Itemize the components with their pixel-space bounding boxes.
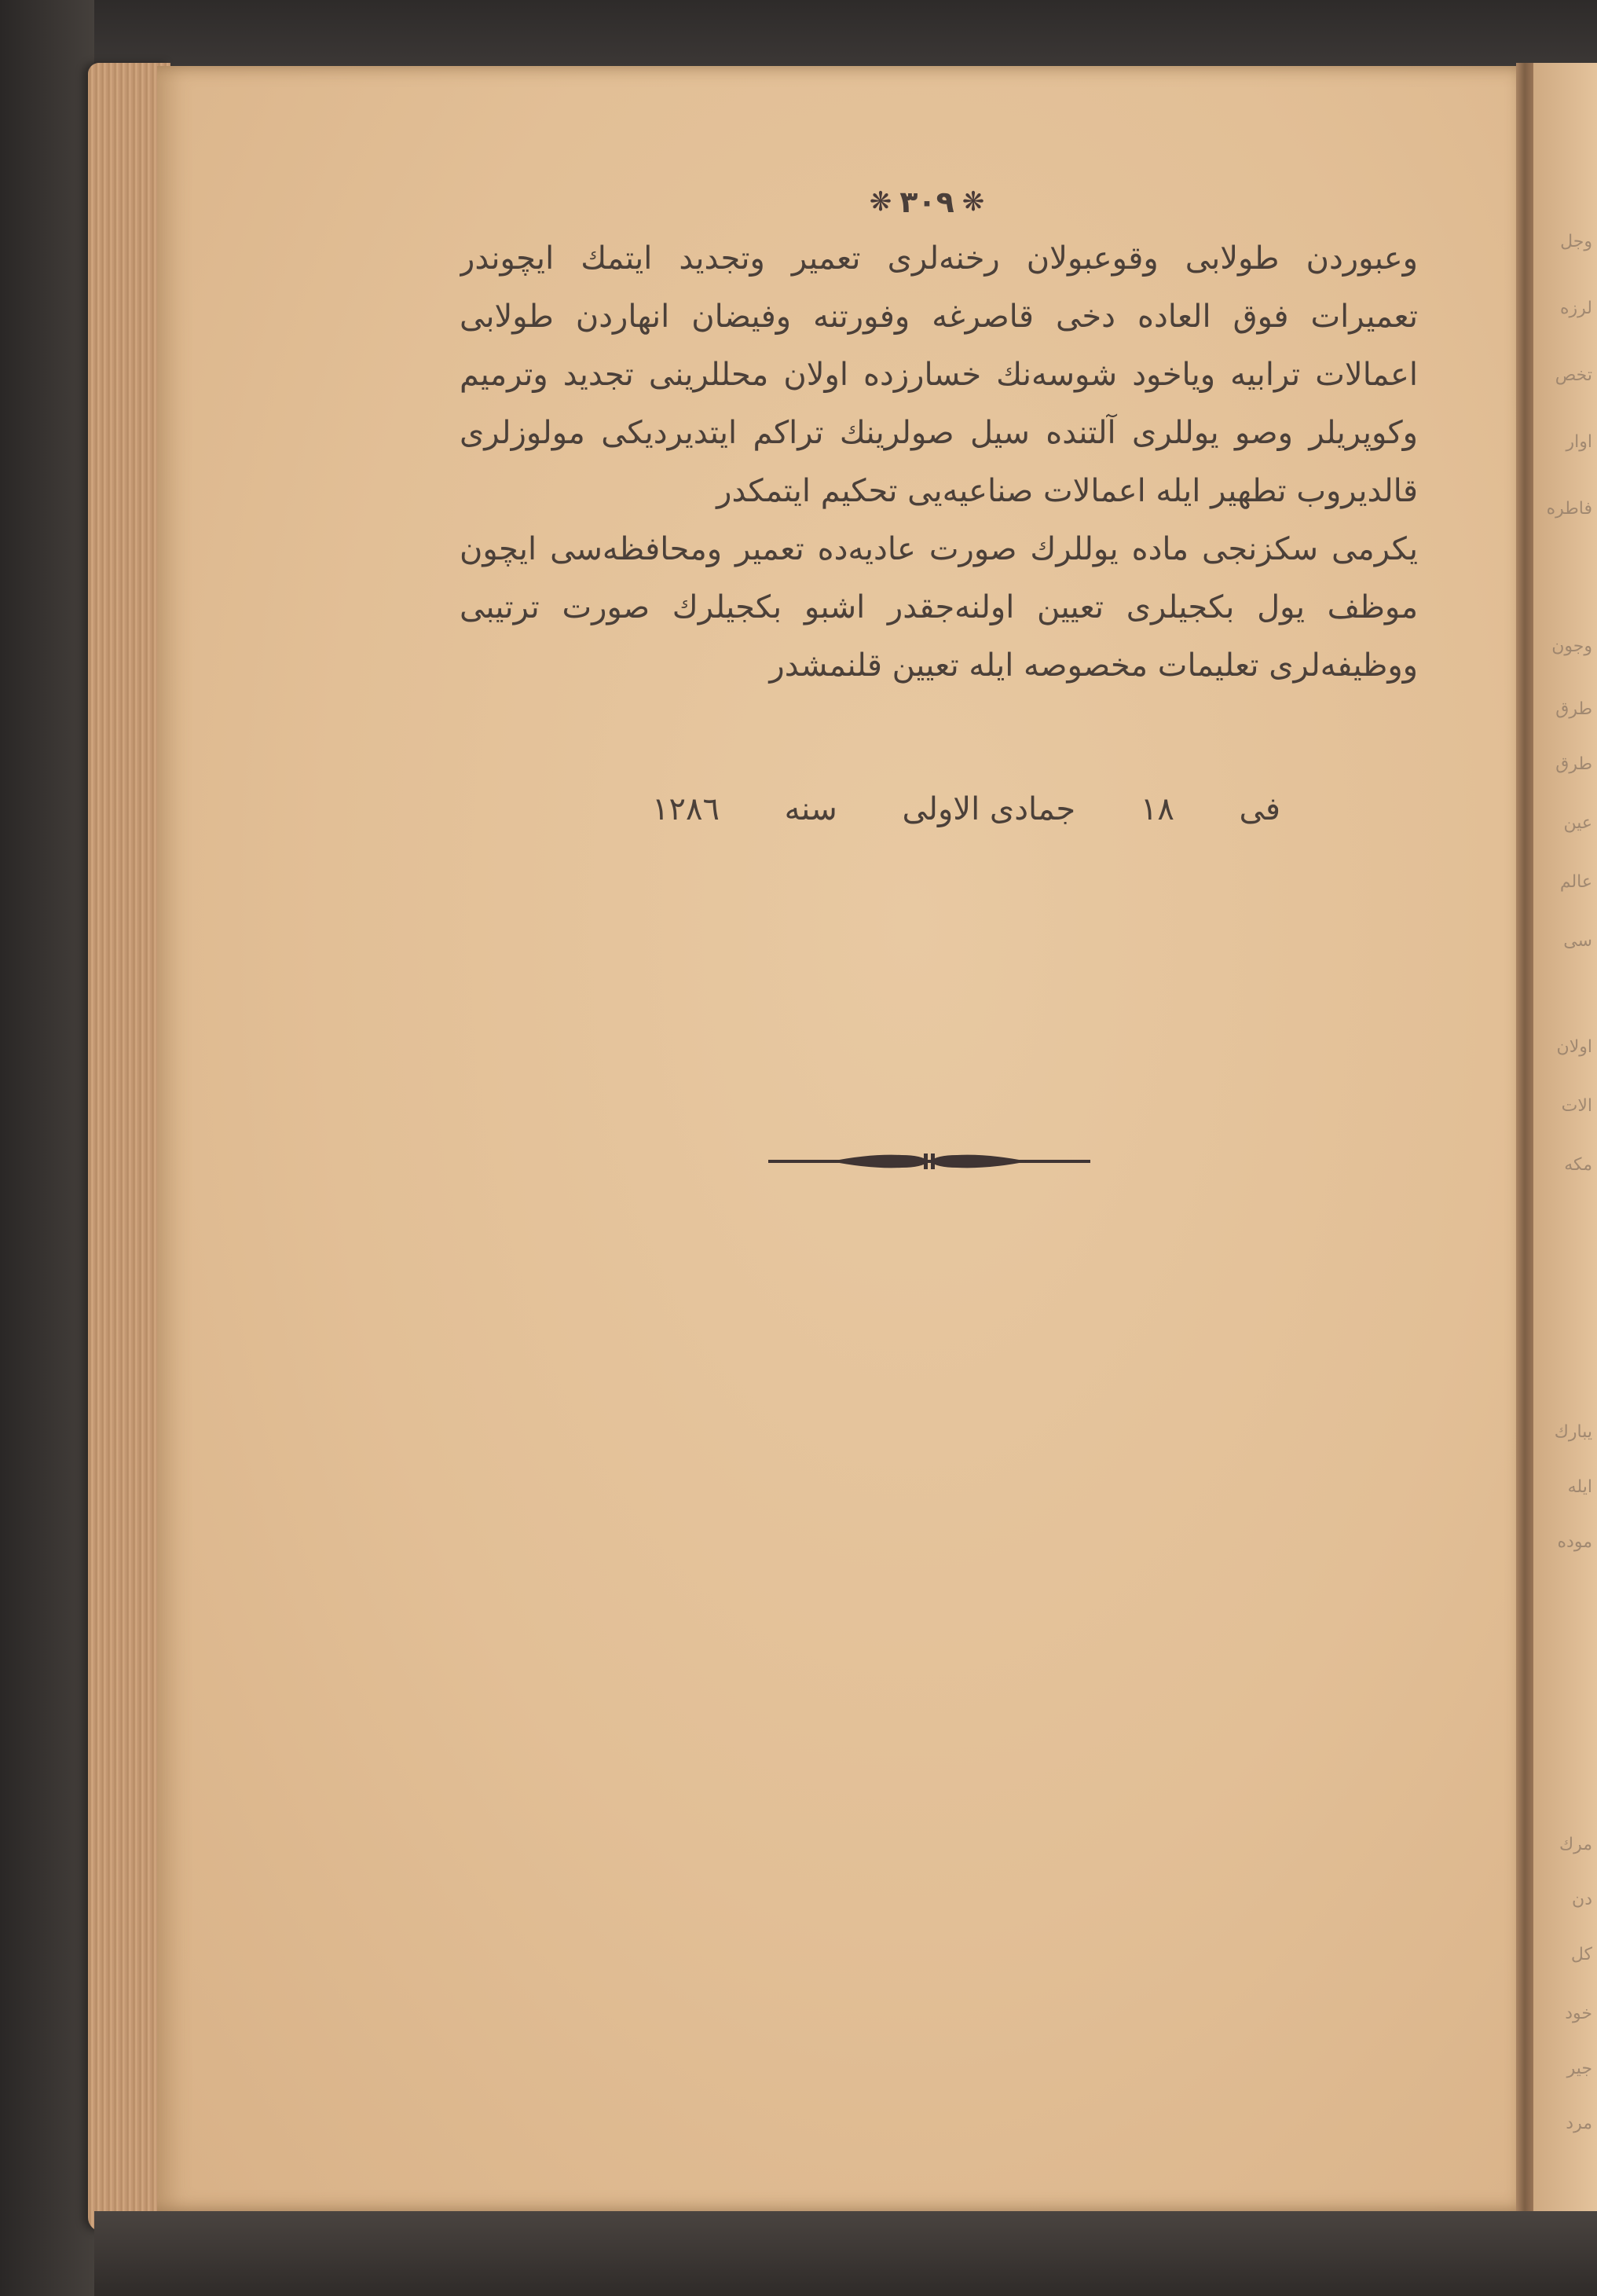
- facing-text-fragment: مكه: [1564, 1155, 1592, 1175]
- text-line: وعبوردن طولابی وقوعبولان رخنه‌لری تعمیر …: [460, 229, 1418, 288]
- scan-backdrop-left: [0, 0, 94, 2296]
- date-day: ١٨: [1141, 791, 1174, 827]
- book-gutter: [1516, 63, 1533, 2232]
- facing-text-fragment: اوار: [1566, 432, 1592, 452]
- facing-text-fragment: كل: [1571, 1945, 1592, 1964]
- facing-text-fragment: خود: [1565, 2004, 1592, 2023]
- facing-text-fragment: سی: [1563, 931, 1592, 951]
- body-text: وعبوردن طولابی وقوعبولان رخنه‌لری تعمیر …: [460, 229, 1418, 695]
- page-number: ٣٠٩: [899, 185, 954, 219]
- facing-text-fragment: وجون: [1551, 636, 1592, 656]
- facing-text-fragment: مرك: [1559, 1835, 1592, 1854]
- flower-ornament-icon: ❋: [870, 186, 892, 218]
- text-line: تعمیرات فوق العاده دخی قاصرغه وفورتنه وف…: [460, 288, 1418, 346]
- facing-text-fragment: ايله: [1568, 1477, 1592, 1497]
- date-month: جمادی الاولی: [902, 791, 1075, 827]
- text-line: ووظيفه‌لری تعليمات مخصوصه ايله تعيين قلن…: [460, 636, 1418, 695]
- date-year: ١٢٨٦: [652, 791, 720, 827]
- facing-text-fragment: لرزه: [1560, 299, 1592, 318]
- date-prefix: فی: [1240, 791, 1280, 827]
- facing-page-fragment: وجل لرزه تخص اوار فاطره وجون طرق طرق عين…: [1533, 63, 1597, 2232]
- text-line: اعمالات ترابیه وياخود شوسه‌نك خسارزده او…: [460, 346, 1418, 404]
- facing-text-fragment: مرد: [1566, 2114, 1592, 2133]
- facing-text-fragment: طرق: [1555, 754, 1592, 774]
- text-line: قالديروب تطهير ايله اعمالات صناعيه‌يی تح…: [460, 462, 1418, 520]
- facing-text-fragment: فاطره: [1547, 499, 1592, 519]
- facing-text-fragment: يبارك: [1555, 1422, 1592, 1442]
- facing-text-fragment: وجل: [1560, 232, 1592, 251]
- page-number-header: ❋ ٣٠٩ ❋: [848, 174, 1005, 229]
- decorative-rule-icon: [768, 1146, 1090, 1177]
- date-line: فی ١٨ جمادی الاولی سنه ١٢٨٦: [652, 778, 1280, 841]
- text-line: وكوپريلر وصو يوللری آلتنده سيل صولرينك ت…: [460, 404, 1418, 462]
- scan-backdrop-bottom: [94, 2211, 1597, 2296]
- scan-backdrop-top: [0, 0, 1597, 71]
- facing-text-fragment: دن: [1572, 1890, 1592, 1909]
- facing-text-fragment: اولان: [1557, 1037, 1592, 1057]
- facing-text-fragment: عين: [1563, 813, 1592, 833]
- facing-text-fragment: طرق: [1555, 699, 1592, 719]
- facing-text-fragment: عالم: [1560, 872, 1592, 892]
- text-line: موظف يول بكجيلری تعيين اولنه‌جقدر اشبو ب…: [460, 578, 1418, 636]
- facing-text-fragment: الات: [1562, 1096, 1592, 1116]
- flower-ornament-icon: ❋: [962, 186, 985, 218]
- date-year-word: سنه: [785, 791, 837, 827]
- facing-text-fragment: تخص: [1555, 365, 1592, 385]
- facing-text-fragment: موده: [1558, 1532, 1592, 1552]
- text-line-article-heading: يكرمی سكزنجی ماده يوللرك صورت عاديه‌ده ت…: [460, 520, 1418, 578]
- facing-text-fragment: جير: [1567, 2059, 1592, 2078]
